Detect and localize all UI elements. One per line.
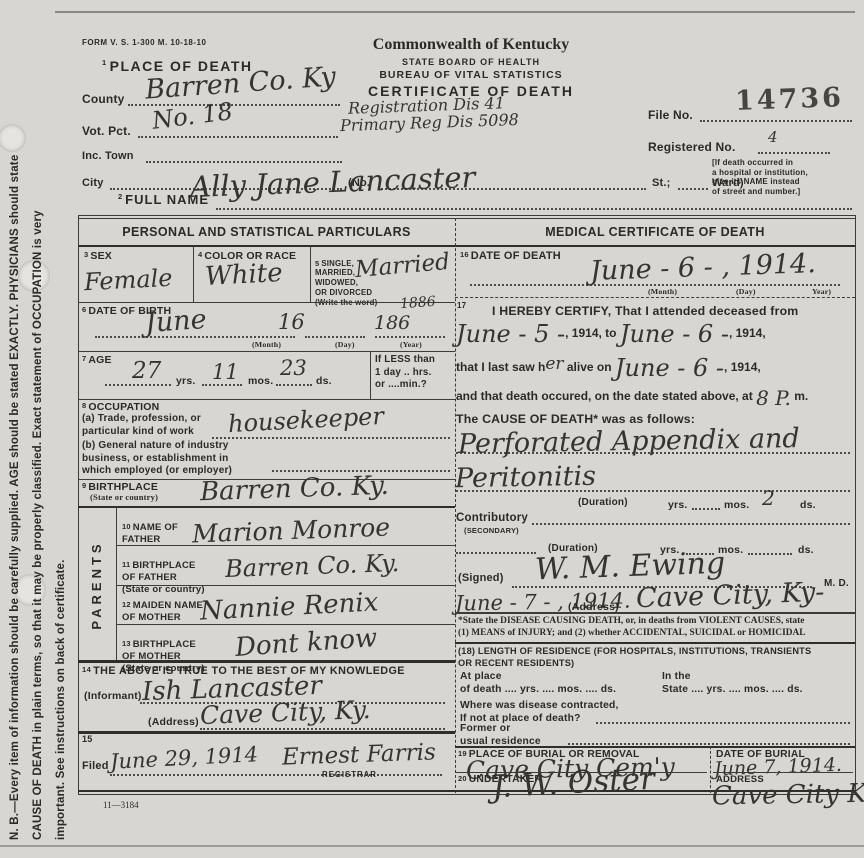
certify-line1: I HEREBY CERTIFY, That I attended deceas… — [492, 304, 798, 319]
cause-footnote: *State the DISEASE CAUSING DEATH, or, in… — [458, 615, 854, 639]
last-saw-date: June - 6 - — [615, 356, 724, 380]
age-less-than-note: If LESS than 1 day .. hrs. or ....min.? — [375, 354, 435, 392]
mother-birthplace-value: Dont know — [234, 625, 378, 661]
contributory-line2 — [456, 552, 536, 554]
form-number: FORM V. S. 1-300 M. 10-18-10 — [82, 38, 206, 48]
commonwealth-title: Commonwealth of Kentucky — [340, 36, 602, 54]
voting-precinct-line — [138, 136, 338, 138]
father-name-label: 10NAME OF FATHER — [122, 510, 178, 546]
occupation-a-label: (a) Trade, profession, or particular kin… — [82, 413, 201, 438]
dob-month-caption: (Month) — [252, 340, 281, 349]
undertaker-signature: J. W. Oster — [491, 764, 655, 803]
occupation-label: 8OCCUPATION — [82, 401, 159, 414]
residence-former-line — [568, 743, 850, 745]
dob-day-line — [305, 336, 365, 338]
mother-name-label: 12MAIDEN NAME OF MOTHER — [122, 588, 203, 624]
informant-address-value: Cave City, Ky. — [200, 697, 371, 728]
occupation-b-label: (b) General nature of industry business,… — [82, 440, 232, 478]
hospital-note: [If death occurred in a hospital or inst… — [712, 158, 854, 196]
filed-item-number: 15 — [82, 734, 92, 745]
attended-from-date: June - 5 - — [456, 322, 565, 346]
inc-town-line — [146, 161, 342, 163]
age-ds-line — [276, 384, 312, 386]
informant-address-label: (Address) — [148, 716, 199, 729]
age-label: 7AGE — [82, 354, 112, 367]
attended-to-date: June - 6 - — [620, 322, 729, 346]
age-yrs-line — [105, 384, 171, 386]
occupation-a-value: housekeeper — [227, 404, 384, 436]
father-birthplace-value: Barren Co. Ky. — [225, 551, 400, 581]
certify-line3: that I last saw her alive on June - 6 -,… — [456, 356, 761, 380]
physician-signature: W. M. Ewing — [535, 549, 726, 586]
cause-duration-yrs: yrs. — [668, 499, 687, 512]
sex-label: 3SEX — [84, 250, 112, 263]
form-print-code: 11—3184 — [103, 800, 139, 810]
city-st-label: St.; — [652, 177, 671, 190]
age-yrs-unit: yrs. — [176, 375, 195, 388]
dob-day-caption: (Day) — [335, 340, 355, 349]
contributory-ds: ds. — [798, 544, 814, 557]
occupation-a-line — [212, 437, 450, 439]
medical-section-title: MEDICAL CERTIFICATE OF DEATH — [455, 225, 855, 240]
cause-duration-mos-line — [692, 508, 720, 510]
age-mos-unit: mos. — [248, 375, 273, 388]
item-number: 1 — [102, 58, 108, 67]
inc-town-label: Inc. Town — [82, 150, 134, 163]
filed-date-value: June 29, 1914 — [110, 744, 259, 773]
dob-year-line — [375, 336, 445, 338]
city-st-line — [678, 188, 708, 190]
md-label: M. D. — [824, 578, 849, 590]
dob-month-value: June — [144, 306, 207, 337]
color-race-value: White — [204, 260, 283, 290]
cause-of-death-line1: Perforated Appendix and — [458, 425, 800, 458]
date-of-death-label: 16DATE OF DEATH — [460, 250, 561, 263]
margin-note-line: CAUSE OF DEATH in plain terms, so that i… — [27, 40, 50, 840]
dod-year-caption: Year) — [812, 287, 831, 296]
residence-contracted-line — [596, 722, 850, 724]
filed-label: Filed — [82, 760, 109, 773]
contributory-line — [532, 523, 850, 525]
registered-no-line — [758, 152, 830, 154]
parents-vertical-label: PARENTS — [82, 510, 112, 660]
age-mos-line — [202, 384, 242, 386]
father-name-value: Marion Monroe — [192, 515, 391, 547]
certify-item-number: 17 — [457, 301, 466, 311]
age-ds-value: 23 — [280, 358, 307, 379]
dod-day-caption: (Day) — [736, 287, 756, 296]
birthplace-sublabel: (State or country) — [90, 492, 158, 502]
residence-former: Former or usual residence — [460, 722, 541, 749]
cause-duration-ds: ds. — [800, 499, 816, 512]
file-no-line — [700, 120, 852, 122]
informant-label: (Informant) — [84, 690, 142, 703]
birthplace-value: Barren Co. Ky. — [200, 473, 390, 506]
dob-day-value: 16 — [278, 312, 305, 333]
cause-duration-label: (Duration) — [578, 497, 628, 509]
voting-precinct-label: Vot. Pct. — [82, 124, 131, 138]
bureau-subtitle: BUREAU OF VITAL STATISTICS — [340, 69, 602, 82]
dob-month-line — [95, 336, 295, 338]
margin-note-line: N. B.—Every item of information should b… — [4, 40, 27, 840]
date-of-death-value: June - 6 - , 1914. — [590, 250, 817, 285]
death-certificate-scan: N. B.—Every item of information should b… — [0, 0, 864, 858]
file-no-label: File No. — [648, 108, 693, 122]
certify-line4: and that death occured, on the date stat… — [456, 388, 808, 408]
full-name-line — [216, 208, 852, 210]
file-no-value: 14736 — [734, 82, 844, 117]
cause-duration-mos: mos. — [724, 499, 749, 512]
age-yrs-value: 27 — [132, 360, 161, 383]
contributory-ds-line — [748, 553, 792, 555]
age-ds-unit: ds. — [316, 375, 332, 388]
dob-year-above: 1886 — [400, 295, 437, 311]
registrar-label: REGISTRAR — [322, 770, 377, 779]
paper-top-edge — [55, 11, 855, 13]
residence-at-place: At place of death .... yrs. .... mos. ..… — [460, 670, 616, 697]
dob-year-caption: (Year) — [400, 340, 422, 349]
margin-note-line: important. See instructions on back of c… — [50, 40, 73, 840]
item-number: 2 — [118, 192, 123, 201]
undertaker-address-value: Cave City Ky. — [712, 780, 864, 809]
cause-duration-mos-value: 2 — [762, 488, 775, 508]
county-label: County — [82, 92, 125, 106]
residence-in-state: In the State .... yrs. .... mos. .... ds… — [662, 670, 803, 697]
margin-note: N. B.—Every item of information should b… — [4, 40, 76, 840]
certify-line2: June - 5 -, 1914, to June - 6 -, 1914, — [456, 322, 766, 346]
dob-year-value: 186 — [374, 314, 410, 333]
signed-label: (Signed) — [458, 572, 504, 585]
cause-of-death-line2: Peritonitis — [455, 463, 596, 492]
primary-registration-district-hand: Primary Reg Dis 5098 — [340, 112, 519, 134]
mother-name-value: Nannie Renix — [199, 589, 379, 624]
full-name-value: Ally Jane Lancaster — [190, 163, 476, 202]
age-mos-value: 11 — [212, 362, 239, 383]
residence-title: (18) LENGTH OF RESIDENCE (FOR HOSPITALS,… — [458, 646, 811, 669]
state-board-subtitle: STATE BOARD OF HEALTH — [340, 57, 602, 68]
sex-value: Female — [83, 266, 173, 295]
dod-month-caption: (Month) — [648, 287, 677, 296]
last-saw-pronoun: er — [545, 356, 563, 373]
paper-bottom-edge — [0, 845, 864, 847]
registered-no-value: 4 — [768, 130, 778, 145]
contributory-secondary-label: (SECONDARY) — [464, 526, 519, 535]
personal-section-title: PERSONAL AND STATISTICAL PARTICULARS — [78, 225, 455, 240]
registrar-signature: Ernest Farris — [282, 741, 437, 769]
contributory-label: Contributory — [456, 512, 528, 526]
time-of-death: 8 P. — [756, 388, 791, 408]
marital-status-value: Married — [354, 251, 451, 282]
city-label: City — [82, 177, 104, 190]
filed-line — [110, 774, 442, 776]
registered-no-label: Registered No. — [648, 140, 736, 154]
signed-address-value: Cave City, Ky- — [636, 579, 825, 613]
